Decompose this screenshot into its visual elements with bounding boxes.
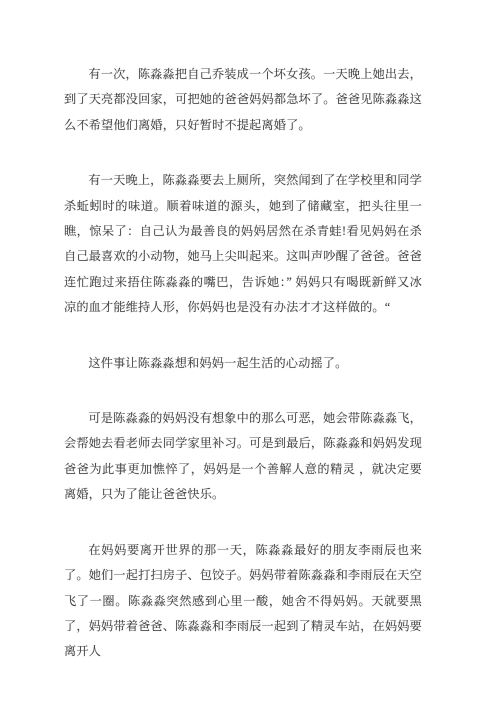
paragraph-5: 在妈妈要离开世界的那一天，陈淼淼最好的朋友李雨辰也来了。她们一起打扫房子、包饺子… <box>64 538 422 665</box>
paragraph-2: 有一天晚上，陈淼淼要去上厕所，突然闻到了在学校里和同学杀蚯蚓时的味道。顺着味道的… <box>64 168 422 320</box>
paragraph-3: 这件事让陈淼淼想和妈妈一起生活的心动摇了。 <box>64 351 422 376</box>
paragraph-4: 可是陈淼淼的妈妈没有想象中的那么可恶，她会带陈淼淼飞，会帮她去看老师去同学家里补… <box>64 406 422 508</box>
paragraph-1: 有一次，陈淼淼把自己乔装成一个坏女孩。一天晚上她出去，到了天亮都没回家，可把她的… <box>64 62 422 138</box>
text-block: 有一次，陈淼淼把自己乔装成一个坏女孩。一天晚上她出去，到了天亮都没回家，可把她的… <box>64 62 422 665</box>
document-page: { "page": { "background_color": "#ffffff… <box>0 0 500 708</box>
